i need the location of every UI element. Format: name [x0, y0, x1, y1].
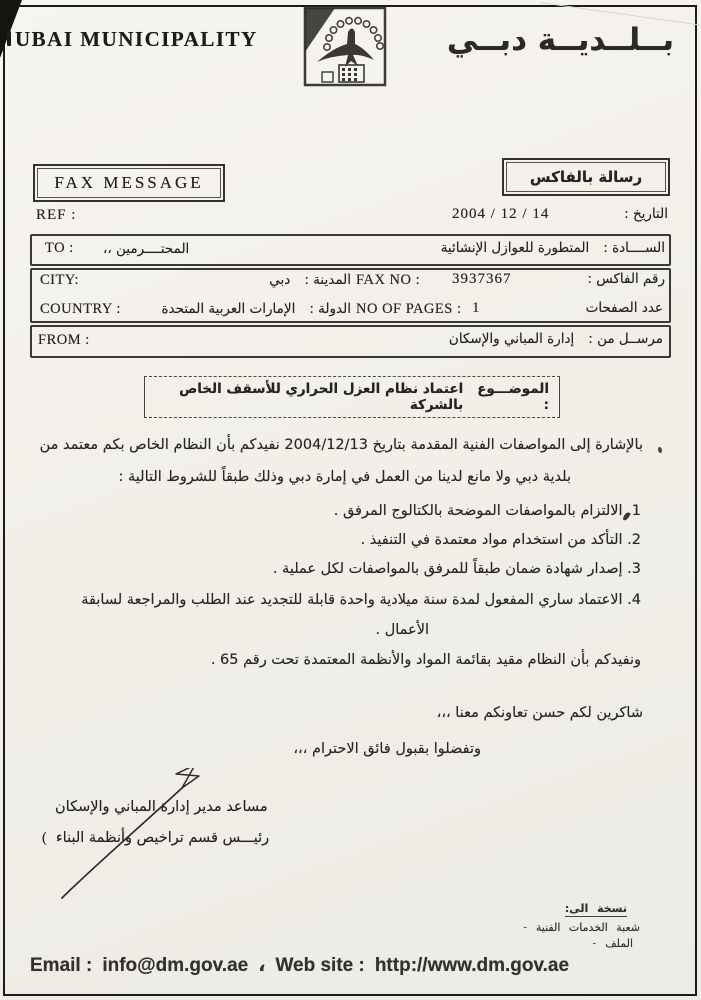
addressee-pair: الســــادة : المتطورة للعوازل الإنشائية [441, 240, 665, 256]
website-label: Web site : [275, 955, 364, 977]
thanks-line: شاكرين لكم حسن تعاونكم معنا ،،، [437, 705, 643, 721]
addressee-value: المتطورة للعوازل الإنشائية [441, 240, 590, 256]
city-pair: المدينة : دبي [269, 272, 351, 288]
cc-title: نسخة الى: [565, 902, 627, 917]
signature-paren-mark: ( [42, 830, 47, 847]
fax-message-label: FAX MESSAGE [37, 168, 221, 198]
dubai-municipality-emblem-icon [303, 6, 391, 95]
ref-label: REF : [36, 207, 76, 224]
subject-value: اعتماد نظام العزل الحراري للأسقف الخاص ب… [155, 381, 463, 413]
cc-item-technical-services: - شعبة الخدمات الفنية [523, 921, 640, 934]
signatory-title-line1: مساعد مدير إدارة المباني والإسكان [55, 799, 268, 815]
to-label: TO : [45, 240, 74, 257]
fax-no-label: FAX NO : [356, 272, 420, 289]
from-label: FROM : [38, 332, 90, 349]
body-paragraph-line1: بالإشارة إلى المواصفات الفنية المقدمة بت… [40, 437, 643, 453]
country-pair: الدولة : الإمارات العربية المتحدة [161, 301, 351, 317]
cc-item-file: - الملف [593, 937, 633, 950]
sender-pair: مرســل من : إدارة المباني والإسكان [449, 331, 663, 347]
pages-value: 1 [472, 300, 481, 317]
website-value: http://www.dm.gov.ae [375, 955, 569, 977]
condition-item-4: 4. الاعتماد ساري المفعول لمدة سنة ميلادي… [81, 592, 641, 608]
city-label-arabic: المدينة : [304, 272, 351, 288]
cc-item-label: الملف [605, 937, 633, 950]
pages-label-arabic: عدد الصفحات [586, 300, 663, 316]
condition-item-3: 3. إصدار شهادة ضمان طبقاً للمرفق بالمواص… [273, 561, 641, 577]
fax-message-label-arabic: رسالة بالفاكس [506, 162, 666, 192]
fax-no-label-arabic: رقم الفاكس : [587, 271, 665, 287]
to-value: المحتــــرمين ،، [103, 241, 189, 257]
date-label: التاريخ : [624, 206, 668, 222]
email-value: info@dm.gov.ae [102, 955, 248, 977]
sender-value: إدارة المباني والإسكان [449, 331, 574, 347]
sender-label-arabic: مرســل من : [588, 331, 663, 347]
condition-item-4-continuation: الأعمال . [375, 622, 429, 638]
footer-separator: ، [258, 954, 265, 976]
fax-message-box-arabic: رسالة بالفاكس [502, 158, 670, 196]
condition-item-2: 2. التأكد من استخدام مواد معتمدة في التن… [361, 532, 641, 548]
country-value: الإمارات العربية المتحدة [161, 301, 295, 317]
fax-message-box: FAX MESSAGE [33, 164, 225, 202]
cc-dash: - [593, 937, 597, 950]
city-label: CITY: [40, 272, 79, 289]
contact-footer: Email : info@dm.gov.ae ، Web site : http… [30, 954, 569, 977]
body-paragraph-line2: بلدية دبي ولا مانع لدينا من العمل في إما… [119, 469, 571, 485]
municipality-title-english: UBAI MUNICIPALITY [15, 27, 258, 52]
cc-dash: - [523, 921, 527, 934]
fax-no-value: 3937367 [452, 271, 512, 288]
scan-speck [658, 447, 662, 453]
condition-item-1: 1. الالتزام بالمواصفات الموضحة بالكتالوج… [334, 503, 641, 519]
subject-box: الموضـــوع : اعتماد نظام العزل الحراري ل… [144, 376, 560, 418]
signatory-title-line2: رئيـــس قسم تراخيص وأنظمة البناء [56, 830, 269, 846]
municipality-title-arabic: بــلــديــة دبــي [447, 22, 674, 58]
closing-line: وتفضلوا بقبول فائق الاحترام ،،، [293, 741, 481, 757]
country-label: COUNTRY : [40, 301, 121, 318]
email-label: Email : [30, 955, 92, 977]
signatory-title-line2-row: ( رئيـــس قسم تراخيص وأنظمة البناء [42, 830, 269, 847]
addressee-label: الســــادة : [603, 240, 665, 256]
clipped-letter-d [7, 31, 11, 46]
subject-label: الموضـــوع : [475, 381, 549, 413]
country-label-arabic: الدولة : [309, 301, 351, 317]
city-value: دبي [269, 272, 290, 288]
registration-note: ونفيدكم بأن النظام مقيد بقائمة المواد وا… [211, 652, 641, 668]
cc-item-label: شعبة الخدمات الفنية [536, 921, 640, 934]
pages-label: NO OF PAGES : [356, 301, 461, 318]
date-value: 2004 / 12 / 14 [452, 206, 549, 223]
